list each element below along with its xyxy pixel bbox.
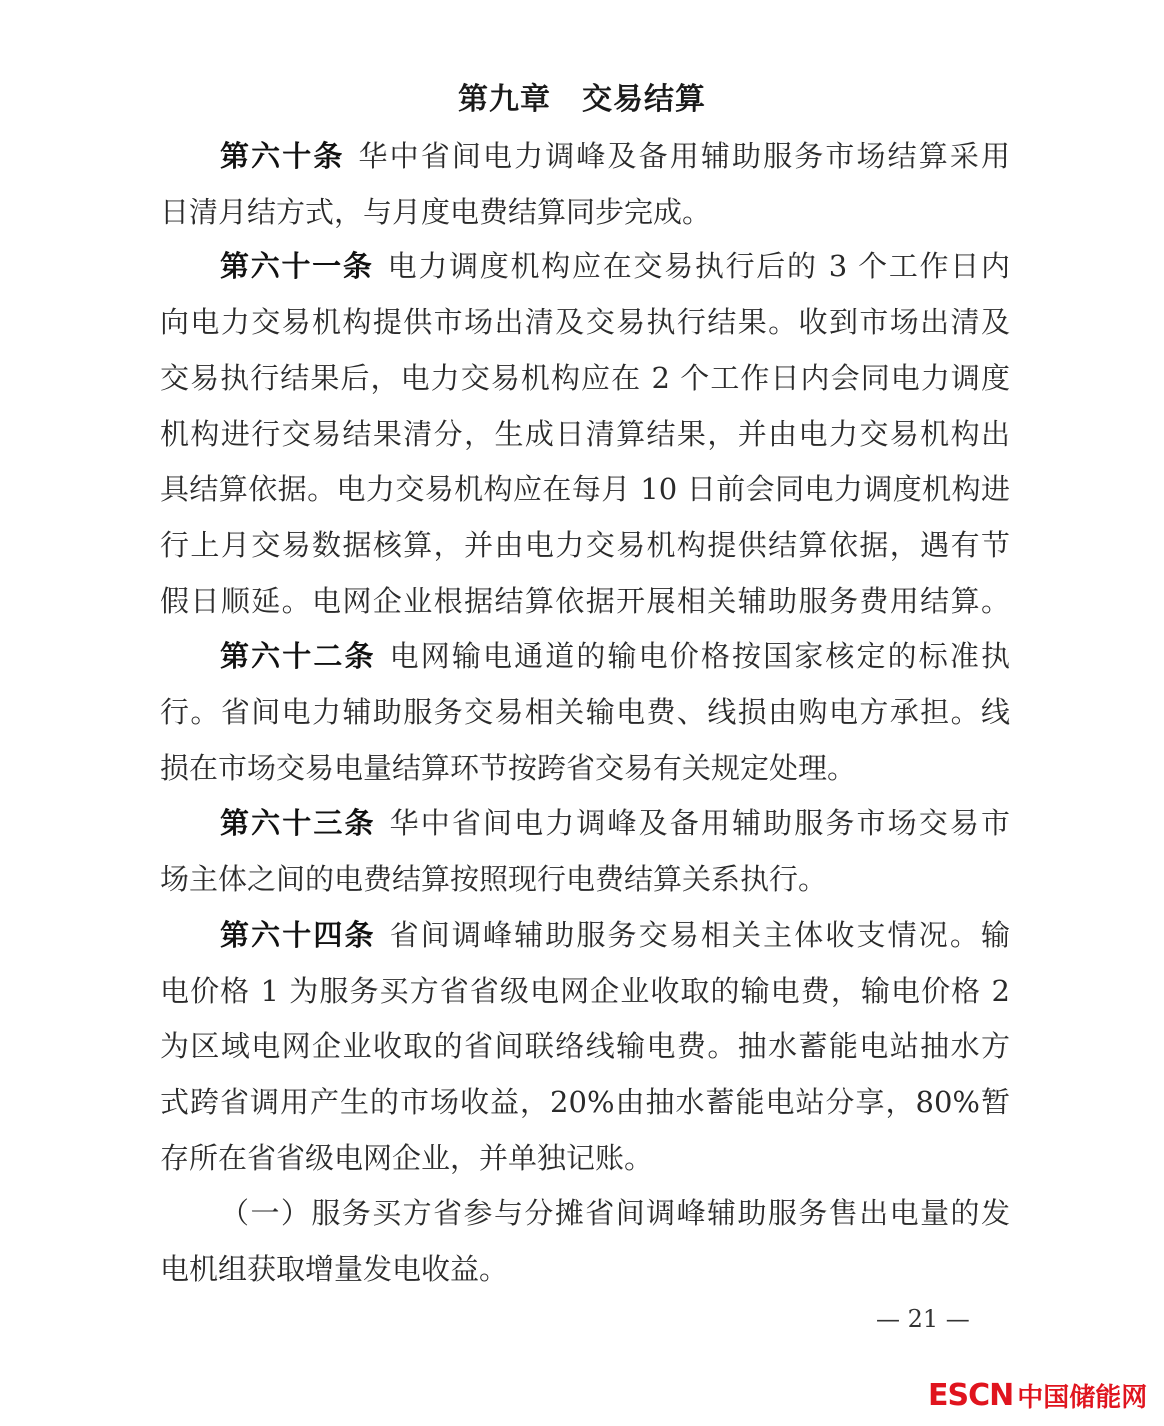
article-63-line-2: 场主体之间的电费结算按照现行电费结算关系执行。 (160, 859, 827, 899)
article-62-line-1: 第六十二条电网输电通道的输电价格按国家核定的标准执 (220, 636, 1010, 676)
article-64-line-2: 电价格 1 为服务买方省省级电网企业收取的输电费，输电价格 2 (160, 971, 1010, 1011)
article-text: 华中省间电力调峰及备用辅助服务市场交易市 (390, 806, 1010, 840)
escn-watermark-logo: ESCN 中国储能网 (928, 1375, 1147, 1415)
article-61-line-4: 机构进行交易结果清分，生成日清算结果，并由电力交易机构出 (160, 414, 1010, 454)
article-60-label: 第六十条 (220, 139, 345, 173)
article-61-line-3: 交易执行结果后，电力交易机构应在 2 个工作日内会同电力调度 (160, 358, 1010, 398)
article-62-label: 第六十二条 (220, 639, 376, 673)
article-text: 华中省间电力调峰及备用辅助服务市场结算采用 (359, 139, 1010, 173)
article-61-line-1: 第六十一条电力调度机构应在交易执行后的 3 个工作日内 (220, 246, 1010, 286)
article-61-line-7: 假日顺延。电网企业根据结算依据开展相关辅助服务费用结算。 (160, 581, 1010, 621)
watermark-latin: ESCN (928, 1378, 1013, 1413)
chapter-title: 第九章 交易结算 (0, 74, 1164, 118)
article-62-line-3: 损在市场交易电量结算环节按跨省交易有关规定处理。 (160, 748, 856, 788)
watermark-chinese: 中国储能网 (1017, 1377, 1147, 1414)
article-63-label: 第六十三条 (220, 806, 376, 840)
article-61-label: 第六十一条 (220, 249, 374, 283)
article-64-line-3: 为区域电网企业收取的省间联络线输电费。抽水蓄能电站抽水方 (160, 1026, 1010, 1066)
article-60-line-1: 第六十条华中省间电力调峰及备用辅助服务市场结算采用 (220, 136, 1010, 176)
page-number: — 21 — (876, 1305, 970, 1333)
article-61-line-6: 行上月交易数据核算，并由电力交易机构提供结算依据，遇有节 (160, 525, 1010, 565)
article-62-line-2: 行。省间电力辅助服务交易相关输电费、线损由购电方承担。线 (160, 692, 1010, 732)
article-text: 电力调度机构应在交易执行后的 3 个工作日内 (388, 249, 1010, 283)
article-60-line-2: 日清月结方式，与月度电费结算同步完成。 (160, 192, 711, 232)
clause-1-line-1: （一）服务买方省参与分摊省间调峰辅助服务售出电量的发 (220, 1193, 1010, 1233)
article-text: 省间调峰辅助服务交易相关主体收支情况。输 (390, 918, 1010, 952)
article-64-line-5: 存所在省省级电网企业，并单独记账。 (160, 1138, 653, 1178)
article-61-line-5: 具结算依据。电力交易机构应在每月 10 日前会同电力调度机构进 (160, 469, 1010, 509)
article-61-line-2: 向电力交易机构提供市场出清及交易执行结果。收到市场出清及 (160, 302, 1010, 342)
article-64-label: 第六十四条 (220, 918, 376, 952)
article-text: 电网输电通道的输电价格按国家核定的标准执 (390, 639, 1010, 673)
document-page: 第九章 交易结算 第六十条华中省间电力调峰及备用辅助服务市场结算采用 日清月结方… (0, 0, 1164, 1426)
article-63-line-1: 第六十三条华中省间电力调峰及备用辅助服务市场交易市 (220, 803, 1010, 843)
article-64-line-1: 第六十四条省间调峰辅助服务交易相关主体收支情况。输 (220, 915, 1010, 955)
article-64-line-4: 式跨省调用产生的市场收益，20%由抽水蓄能电站分享，80%暂 (160, 1082, 1010, 1122)
clause-1-line-2: 电机组获取增量发电收益。 (160, 1249, 508, 1289)
